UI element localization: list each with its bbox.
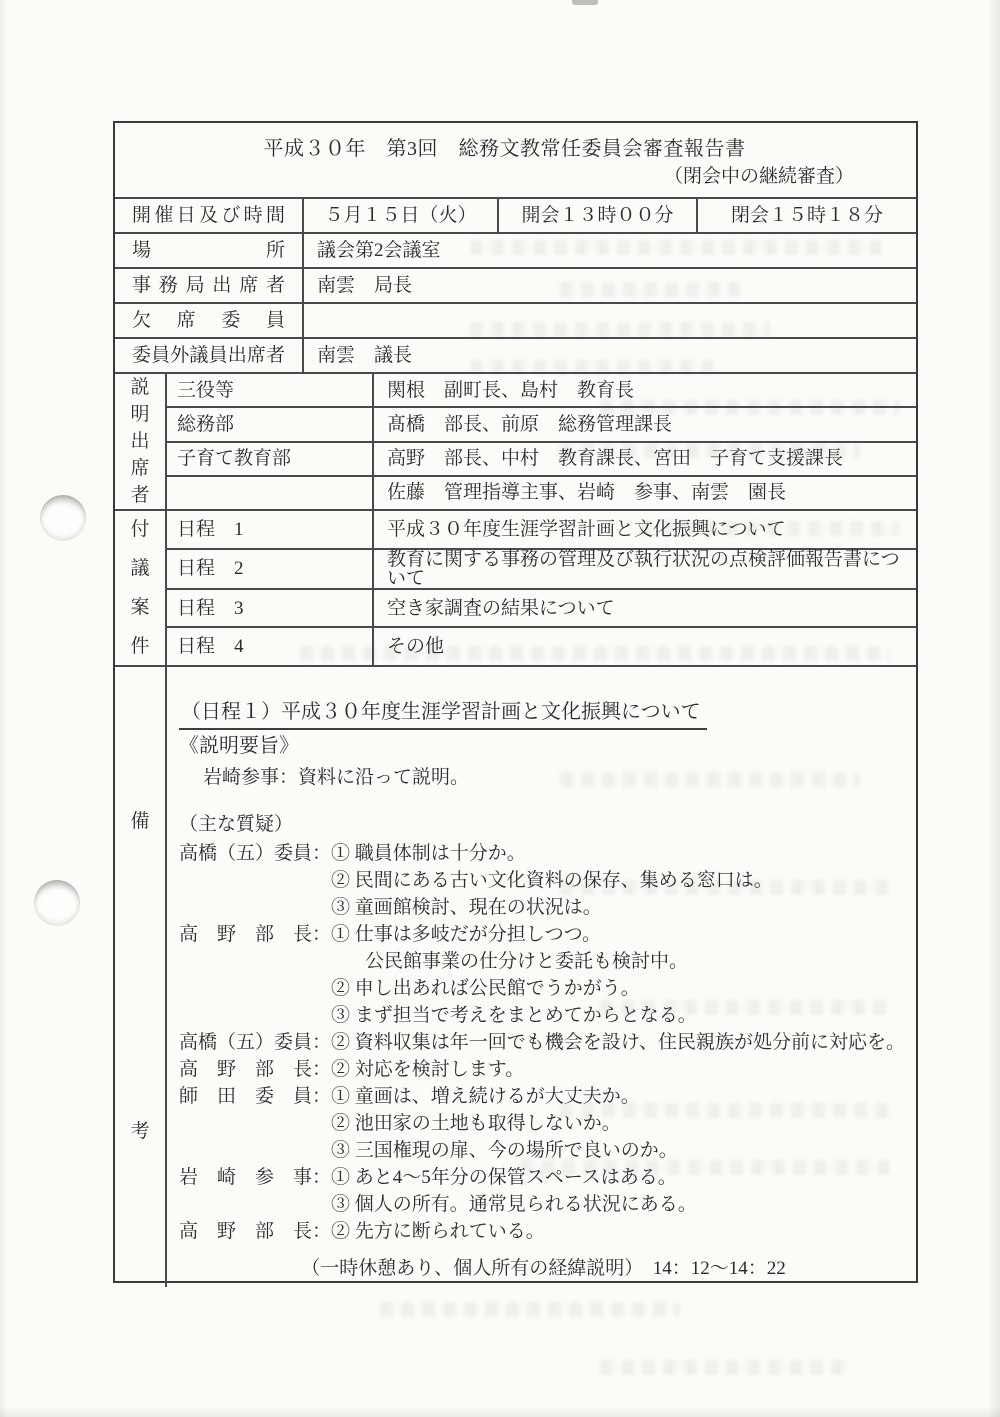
explainers-section: 説明出席者 三役等 関根 副町長、島村 教育長 総務部 髙橋 部長、前原 総務管… <box>115 372 916 509</box>
qa-text: ③ 童画館検討、現在の状況は。 <box>331 894 602 921</box>
qa-text: ② 資料収集は年一回でも機会を設け、住民親族が処分前に対応を。 <box>331 1029 905 1056</box>
schedule-label-cell: 開催日及び時間 <box>115 199 304 232</box>
qa-line: 高 野 部 長： ② 先方に断られている。 <box>179 1218 908 1245</box>
agenda-rows: 日程 1 平成３０年度生涯学習計画と文化振興について 日程 2 教育に関する事務… <box>167 511 916 665</box>
notes-section: 備考 （日程１）平成３０年度生涯学習計画と文化振興について 《説明要旨》 岩崎参… <box>115 665 916 1287</box>
meta-label: 事務局出席者 <box>132 276 285 295</box>
meta-row-nonmember: 委員外議員出席者 南雲 議長 <box>115 337 916 372</box>
qa-title: （主な質疑） <box>179 810 908 840</box>
agenda-title: その他 <box>374 628 916 665</box>
punch-hole <box>40 495 86 541</box>
explainer-names: 佐藤 管理指導主事、岩崎 参事、南雲 園長 <box>374 477 916 509</box>
qa-speaker: 高橋（五）委員： <box>179 840 331 867</box>
schedule-row: 開催日及び時間 ５月１５日（火） 開会１３時００分 閉会１５時１８分 <box>115 197 916 232</box>
meta-label-cell: 事務局出席者 <box>115 269 304 302</box>
qa-line: ② 申し出あれば公民館でうかがう。 <box>179 975 908 1002</box>
meta-label-cell: 欠席委員 <box>115 304 304 337</box>
explainer-row: 佐藤 管理指導主事、岩崎 参事、南雲 園長 <box>167 475 916 509</box>
notes-vertical-label: 備考 <box>129 667 151 1287</box>
agenda-title: 空き家調査の結果について <box>374 590 916 627</box>
explainers-vertical-label: 説明出席者 <box>129 374 151 509</box>
explainer-names: 高野 部長、中村 教育課長、宮田 子育て支援課長 <box>374 443 916 475</box>
qa-line: ③ 童画館検討、現在の状況は。 <box>179 894 908 921</box>
meta-row-place: 場所 議会第2会議室 <box>115 232 916 267</box>
qa-text: ② 対応を検討します。 <box>331 1056 524 1083</box>
meta-value: 南雲 議長 <box>304 339 916 372</box>
meta-value: 議会第2会議室 <box>304 234 916 267</box>
scan-edge-shadow <box>0 0 9 1417</box>
qa-speaker: 岩 崎 参 事： <box>179 1164 331 1191</box>
page-title: 平成３０年 第3回 総務文教常任委員会審査報告書 <box>115 136 916 163</box>
explainer-group <box>167 477 374 509</box>
agenda-number: 日程 2 <box>167 550 374 588</box>
report-table: 平成３０年 第3回 総務文教常任委員会審査報告書 （閉会中の継続審査） 開催日及… <box>113 121 918 1283</box>
page-subtitle: （閉会中の継続審査） <box>115 163 916 190</box>
explainers-vertical-label-cell: 説明出席者 <box>115 374 167 509</box>
qa-text: ① 童画は、増え続けるが大丈夫か。 <box>331 1083 640 1110</box>
qa-line: ③ 三国権現の扉、今の場所で良いのか。 <box>179 1137 908 1164</box>
agenda-vertical-label: 付議案件 <box>129 510 151 666</box>
qa-text: ① 仕事は多岐だが分担しつつ。 <box>331 921 601 948</box>
meta-label: 委員外議員出席者 <box>132 346 285 365</box>
agenda-row: 日程 1 平成３０年度生涯学習計画と文化振興について <box>167 511 916 548</box>
summary-line: 岩崎参事：資料に沿って説明。 <box>179 762 908 794</box>
explainer-group: 三役等 <box>167 374 374 406</box>
title-row: 平成３０年 第3回 総務文教常任委員会審査報告書 （閉会中の継続審査） <box>115 123 916 197</box>
explainer-group: 総務部 <box>167 408 374 440</box>
notes-vertical-label-cell: 備考 <box>115 667 167 1287</box>
meta-label-cell: 委員外議員出席者 <box>115 339 304 372</box>
qa-text: ① 職員体制は十分か。 <box>331 840 526 867</box>
qa-text: ③ 個人の所有。通常見られる状況にある。 <box>331 1191 697 1218</box>
qa-speaker: 師 田 委 員： <box>179 1083 331 1110</box>
qa-line: 高 野 部 長： ① 仕事は多岐だが分担しつつ。 <box>179 921 908 948</box>
meta-value <box>304 304 916 337</box>
qa-text: ③ 三国権現の扉、今の場所で良いのか。 <box>331 1137 678 1164</box>
agenda-row: 日程 3 空き家調査の結果について <box>167 588 916 627</box>
schedule-date: ５月１５日（火） <box>304 199 499 232</box>
meta-label: 欠席委員 <box>132 311 285 330</box>
qa-line: ② 池田家の土地も取得しないか。 <box>179 1110 908 1137</box>
qa-line: 高 野 部 長： ② 対応を検討します。 <box>179 1056 908 1083</box>
qa-text: ② 民間にある古い文化資料の保存、集める窓口は。 <box>331 867 773 894</box>
qa-speaker: 高 野 部 長： <box>179 921 331 948</box>
agenda-row: 日程 4 その他 <box>167 626 916 665</box>
schedule-open-time: 開会１３時００分 <box>499 199 698 232</box>
scan-mark <box>572 0 598 5</box>
notes-content: （日程１）平成３０年度生涯学習計画と文化振興について 《説明要旨》 岩崎参事：資… <box>167 667 916 1287</box>
qa-text: ② 申し出あれば公民館でうかがう。 <box>331 975 640 1002</box>
qa-speaker: 高 野 部 長： <box>179 1218 331 1245</box>
meta-row-secretariat: 事務局出席者 南雲 局長 <box>115 267 916 302</box>
meta-label: 場所 <box>132 241 285 260</box>
scan-edge-shadow <box>0 1405 1000 1417</box>
qa-line: 高橋（五）委員： ② 資料収集は年一回でも機会を設け、住民親族が処分前に対応を。 <box>179 1029 908 1056</box>
qa-text: 公民館事業の仕分けと委託も検討中。 <box>365 948 688 975</box>
meta-label-cell: 場所 <box>115 234 304 267</box>
qa-text: ② 池田家の土地も取得しないか。 <box>331 1110 621 1137</box>
qa-speaker: 高 野 部 長： <box>179 1056 331 1083</box>
schedule-label: 開催日及び時間 <box>132 206 285 225</box>
agenda-number: 日程 3 <box>167 590 374 627</box>
qa-line: ② 民間にある古い文化資料の保存、集める窓口は。 <box>179 867 908 894</box>
qa-line: ③ 個人の所有。通常見られる状況にある。 <box>179 1191 908 1218</box>
qa-line: 高橋（五）委員： ① 職員体制は十分か。 <box>179 840 908 867</box>
qa-line: 師 田 委 員： ① 童画は、増え続けるが大丈夫か。 <box>179 1083 908 1110</box>
schedule-close-time: 閉会１５時１８分 <box>698 199 916 232</box>
qa-text: ② 先方に断られている。 <box>331 1218 545 1245</box>
scanned-report-page: 平成３０年 第3回 総務文教常任委員会審査報告書 （閉会中の継続審査） 開催日及… <box>0 0 1000 1417</box>
scan-bleed-artifact <box>600 1360 850 1375</box>
explainer-group: 子育て教育部 <box>167 443 374 475</box>
qa-line: 岩 崎 参 事： ① あと4〜5年分の保管スペースはある。 <box>179 1164 908 1191</box>
qa-line: 公民館事業の仕分けと委託も検討中。 <box>179 948 908 975</box>
qa-line: ③ まず担当で考えをまとめてからとなる。 <box>179 1002 908 1029</box>
explainers-rows: 三役等 関根 副町長、島村 教育長 総務部 髙橋 部長、前原 総務管理課長 子育… <box>167 374 916 509</box>
qa-text: ③ まず担当で考えをまとめてからとなる。 <box>331 1002 697 1029</box>
agenda-title: 教育に関する事務の管理及び執行状況の点検評価報告書について <box>374 550 916 588</box>
agenda-number: 日程 1 <box>167 511 374 548</box>
qa-speaker: 高橋（五）委員： <box>179 1029 331 1056</box>
meta-row-absent: 欠席委員 <box>115 302 916 337</box>
explainer-row: 三役等 関根 副町長、島村 教育長 <box>167 374 916 406</box>
summary-title: 《説明要旨》 <box>179 730 908 762</box>
explainer-row: 総務部 髙橋 部長、前原 総務管理課長 <box>167 406 916 440</box>
explainer-names: 髙橋 部長、前原 総務管理課長 <box>374 408 916 440</box>
explainer-names: 関根 副町長、島村 教育長 <box>374 374 916 406</box>
scan-edge-shadow <box>984 0 1000 1417</box>
explainer-row: 子育て教育部 高野 部長、中村 教育課長、宮田 子育て支援課長 <box>167 441 916 475</box>
scan-bleed-artifact <box>380 1302 680 1317</box>
agenda-number: 日程 4 <box>167 628 374 665</box>
recess-note: （一時休憩あり、個人所有の経緯説明） 14：12〜14：22 <box>179 1255 908 1283</box>
punch-hole <box>34 880 80 926</box>
notes-heading: （日程１）平成３０年度生涯学習計画と文化振興について <box>179 697 707 730</box>
notes-heading-row: （日程１）平成３０年度生涯学習計画と文化振興について <box>179 697 908 730</box>
agenda-section: 付議案件 日程 1 平成３０年度生涯学習計画と文化振興について 日程 2 教育に… <box>115 509 916 665</box>
agenda-vertical-label-cell: 付議案件 <box>115 511 167 665</box>
qa-text: ① あと4〜5年分の保管スペースはある。 <box>331 1164 677 1191</box>
meta-value: 南雲 局長 <box>304 269 916 302</box>
agenda-title: 平成３０年度生涯学習計画と文化振興について <box>374 511 916 548</box>
agenda-row: 日程 2 教育に関する事務の管理及び執行状況の点検評価報告書について <box>167 548 916 588</box>
